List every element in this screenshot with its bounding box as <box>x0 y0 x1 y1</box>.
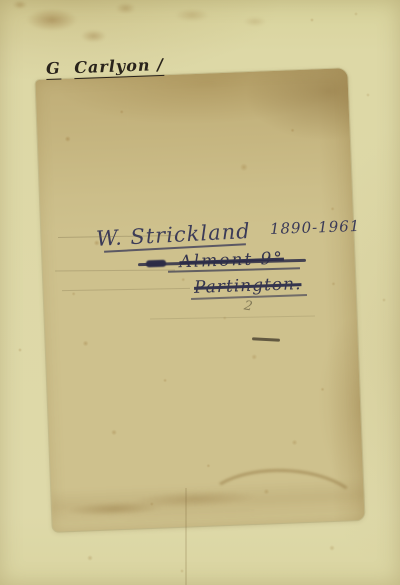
stain-arc-ring <box>201 466 364 552</box>
struck-text-2: Partington. <box>194 274 302 298</box>
struck-inscription-2: Partington. <box>194 274 302 298</box>
ink-blob <box>146 260 166 268</box>
owner-initial: G <box>46 59 61 80</box>
scanned-flyleaf-photo: G Carlyon / W. Strickland 1890-1961 Almo… <box>0 0 400 585</box>
page-foxing-spots <box>35 68 364 532</box>
owner-surname: Carlyon / <box>74 55 164 79</box>
stain-top-middle <box>150 0 300 36</box>
stain-top-left <box>4 0 164 50</box>
owner-inscription: G Carlyon / <box>46 55 164 78</box>
stain-bottom-smudge <box>51 478 364 526</box>
struck-text-1: Almont 9° <box>179 249 284 273</box>
dates-text: 1890-1961 <box>269 217 360 238</box>
pasted-page <box>35 68 364 532</box>
